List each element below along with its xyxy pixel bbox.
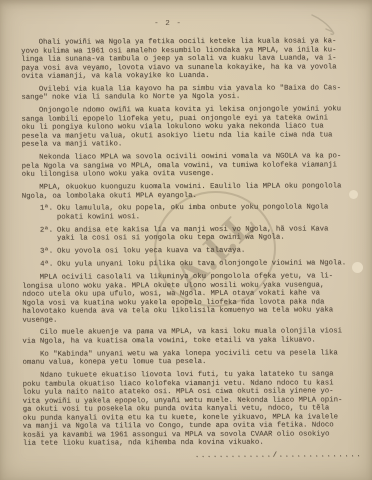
document-body: Ohali yowiñi wa Ngola ya fetika oocili k… [21, 37, 364, 461]
list-text: Oku yovola osi loku yeca kuava va talava… [57, 247, 245, 256]
paragraph: Nekonda liaco MPLA wa sovola ocivili oow… [22, 152, 363, 179]
list-text: Oku andisa ete kakisa lia va manji wosi … [57, 225, 329, 243]
paragraph: Ohali yowiñi wa Ngola ya fetika oocili k… [21, 37, 362, 81]
paragraph: Onjongole ndomo owiñi wa kuata kovita yi… [21, 106, 362, 150]
continuation-mark: ............./.............. [195, 451, 364, 460]
list-marker: 1ª. [40, 205, 57, 222]
list-marker: 4ª. [40, 261, 57, 270]
list-item: 1ª. Oku lamulula, oku popela, oku imba o… [40, 204, 363, 222]
paragraph: Cilo muele akuenje va pama va MPLA, va k… [22, 328, 363, 346]
paragraph: Ovilebi via kuala lia kayovo ha pa simbu… [21, 84, 362, 102]
list-text: Oku lamulula, oku popela, oku imba onbut… [57, 204, 329, 222]
list-item: 3ª. Oku yovola osi loku yeca kuava va ta… [40, 246, 363, 256]
paragraph: MPLA, okuokuo kuonguzu kuomala vowini. E… [22, 182, 363, 200]
list-marker: 3ª. [40, 248, 57, 257]
scanned-page: - 2 - A.I.L Ohali yowiñi wa Ngola ya fet… [0, 0, 372, 480]
list-item: 2ª. Oku andisa ete kakisa lia va manji w… [40, 225, 363, 243]
list-item: 4ª. Oku yula unyani loku pilika oku tava… [40, 259, 363, 269]
paragraph: Ko "Kabinda" unyani wetu wa yaka lonepa … [22, 349, 363, 367]
list-text: Oku yula unyani loku pilika oku tava olo… [57, 259, 346, 269]
list-marker: 2ª. [40, 226, 57, 243]
page-number: - 2 - [0, 20, 354, 28]
paragraph: Ndano tukuete ekuatiso liovota lovi futi… [23, 370, 364, 448]
paragraph: MPLA ocivili casolali va likuminya oku p… [22, 272, 363, 324]
